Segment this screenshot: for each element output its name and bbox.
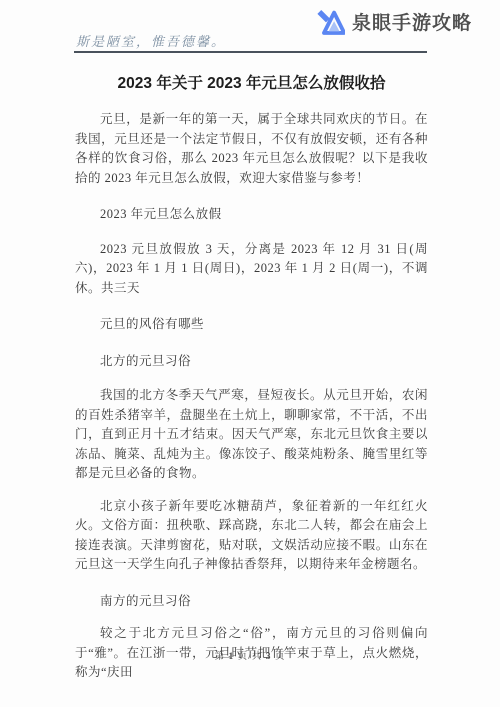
page-number: 1 <box>229 652 235 662</box>
site-logo[interactable]: 泉眼手游攻略 <box>317 8 472 35</box>
footer-middle: 页/共 <box>238 652 263 662</box>
heading-holiday-arrangement: 2023 年元旦怎么放假 <box>75 205 428 225</box>
document-page: 泉眼手游攻略 斯是陋室，惟吾德馨。 2023 年关于 2023 年元旦怎么放假收… <box>0 0 500 707</box>
document-content: 2023 年关于 2023 年元旦怎么放假收拾 元旦，是新一年的第一天，属于全球… <box>75 62 428 683</box>
heading-customs: 元旦的风俗有哪些 <box>75 315 428 335</box>
header-tagline: 斯是陋室，惟吾德馨。 <box>76 31 226 50</box>
footer-suffix: 页 <box>275 652 286 662</box>
paragraph-north-customs-1: 我国的北方冬季天气严寒，昼短夜长。从元旦开始，农闲的百姓杀猪宰羊，盘腿坐在土炕上… <box>75 386 428 484</box>
heading-north-customs: 北方的元旦习俗 <box>75 352 428 372</box>
paragraph-intro: 元旦，是新一年的第一天，属于全球共同欢庆的节日。在我国，元旦还是一个法定节假日，… <box>75 110 428 188</box>
paragraph-north-customs-2: 北京小孩子新年要吃冰糖葫芦，象征着新的一年红红火火。文俗方面：扭秧歌、踩高跷，东… <box>75 497 428 575</box>
paragraph-holiday-dates: 2023 元旦放假放 3 天，分离是 2023 年 12 月 31 日(周六)，… <box>75 240 428 299</box>
page-footer: 第 1 页/共 3 页 <box>0 648 500 662</box>
header-divider <box>74 51 427 53</box>
document-title: 2023 年关于 2023 年元旦怎么放假收拾 <box>75 72 428 95</box>
heading-south-customs: 南方的元旦习俗 <box>75 592 428 612</box>
brand-triangle-icon <box>317 9 345 35</box>
footer-prefix: 第 <box>215 652 226 662</box>
total-pages: 3 <box>266 652 272 662</box>
brand-name: 泉眼手游攻略 <box>352 8 472 35</box>
